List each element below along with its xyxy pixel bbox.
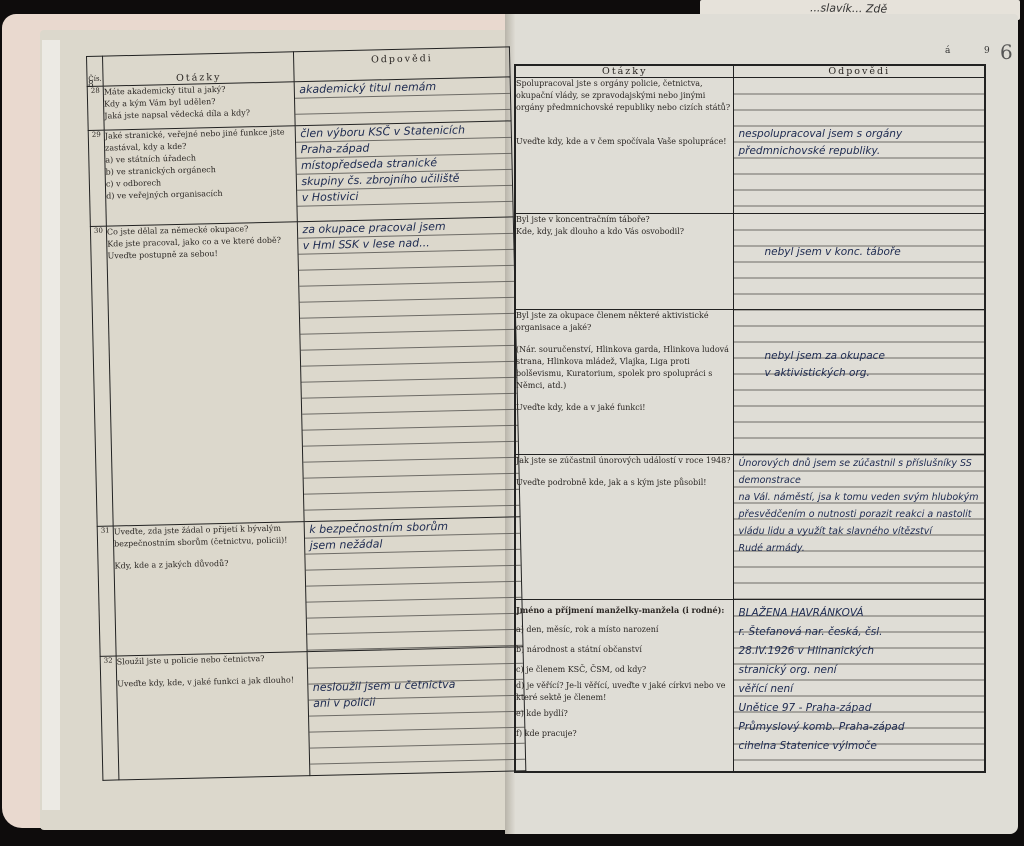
question-line: d) je věřící? Je-li věřící, uveďte v jak… [516,680,733,704]
questions-col-header: Otázky [102,52,294,86]
question-text: Jméno a příjmení manželky-manžela (i rod… [515,600,734,772]
question-text: Co jste dělal za německé okupace? Kde js… [106,222,304,526]
question-row-32: 32 Sloužil jste u policie nebo četnictva… [100,647,526,781]
answer-field[interactable]: akademický titul nemám [295,77,511,126]
question-line: Jak jste se zúčastnil únorových událostí… [516,455,733,467]
question-row-collaboration: Spolupracoval jste s orgány policie, čet… [515,78,985,214]
question-row-31: 31 Uveďte, zda jste žádal o přijetí k bý… [97,517,523,657]
question-text: Sloužil jste u policie nebo četnictva? U… [116,652,310,780]
right-page-number: 9 [984,46,990,56]
question-text: Byl jste v koncentračním táboře? Kde, kd… [515,214,734,310]
question-line: e) kde bydlí? [516,704,733,724]
question-line: a) den, měsíc, rok a místo narození [516,620,733,640]
answer-field[interactable]: Únorových dnů jsem se zúčastnil s příslu… [734,455,985,600]
question-line: b) národnost a státní občanství [516,640,733,660]
question-line: Uveďte kdy, kde a v jaké funkci! [516,402,733,414]
question-text: Spolupracoval jste s orgány policie, čet… [515,78,734,214]
question-line: Kde, kdy, jak dlouho a kdo Vás osvobodil… [516,226,733,238]
handwritten-answer: nebyl jsem za okupace v aktivistických o… [734,310,984,382]
question-row-30: 30 Co jste dělal za německé okupace? Kde… [90,217,520,527]
question-row-activist-org: Byl jste za okupace členem některé aktiv… [515,310,985,455]
question-line: c) je členem KSČ, ČSM, od kdy? [516,660,733,680]
answer-field[interactable]: nesloužil jsem u četnictva ani v policii [308,647,526,776]
sheet-number: 6 [1000,40,1013,64]
num-col-header: Čís. [87,56,104,86]
question-line: Uveďte kdy, kde a v čem spočívala Vaše s… [516,136,733,148]
question-text: Byl jste za okupace členem některé aktiv… [515,310,734,455]
answers-col-header: Odpovědi [734,65,985,78]
question-line: Spolupracoval jste s orgány policie, čet… [516,78,733,114]
header-row: Otázky Odpovědi [515,65,985,78]
question-row-29: 29 Jaké stranické, veřejné nebo jiné fun… [88,121,513,227]
handwritten-answer: nesloužil jsem u četnictva ani v policii [308,647,524,712]
question-text: Jak jste se zúčastnil únorových událostí… [515,455,734,600]
answer-field[interactable]: nebyl jsem za okupace v aktivistických o… [734,310,985,455]
question-line: (Nár. souručenství, Hlinkova garda, Hlin… [516,344,733,392]
handwritten-answer: BLAŽENA HAVRÁNKOVÁ r. Štefanová nar. čes… [734,600,984,756]
handwritten-answer: akademický titul nemám [295,77,510,98]
question-line: Byl jste za okupace členem některé aktiv… [516,310,733,334]
question-text: Jaké stranické, veřejné nebo jiné funkce… [104,126,298,226]
answer-field[interactable]: nespolupracoval jsem s orgány předmnicho… [734,78,985,214]
question-text: Uveďte, zda jste žádal o přijetí k býval… [113,522,307,656]
page-edge [42,40,60,810]
question-line: Uveďte, zda jste žádal o přijetí k býval… [114,522,305,550]
question-line: Uveďte podrobně kde, jak a s kým jste pů… [516,477,733,489]
handwritten-answer: nespolupracoval jsem s orgány předmnicho… [734,78,984,160]
handwritten-answer: za okupace pracoval jsem v Hml SSK v les… [298,217,513,254]
question-line: Byl jste v koncentračním táboře? [516,214,733,226]
handwritten-answer: člen výboru KSČ v Statenicích Praha-zápa… [296,121,512,206]
answer-field[interactable]: BLAŽENA HAVRÁNKOVÁ r. Štefanová nar. čes… [734,600,985,772]
handwritten-answer: Únorových dnů jsem se zúčastnil s příslu… [734,455,984,557]
right-questionnaire-table: Otázky Odpovědi Spolupracoval jste s org… [514,64,986,773]
question-line: Jméno a příjmení manželky-manžela (i rod… [516,600,733,620]
answer-field[interactable]: k bezpečnostním sborům jsem nežádal [305,517,523,652]
top-scribble: ...slavík... Zdě [810,1,887,15]
handwritten-answer: k bezpečnostním sborům jsem nežádal [305,517,520,554]
answer-field[interactable]: za okupace pracoval jsem v Hml SSK v les… [298,217,520,522]
question-row-spouse: Jméno a příjmení manželky-manžela (i rod… [515,600,985,772]
question-line: f) kde pracuje? [516,724,733,744]
corner-mark: á [945,46,950,56]
questions-col-header: Otázky [515,65,734,78]
question-text: Máte akademický titul a jaký? Kdy a kým … [103,82,295,130]
answers-col-header: Odpovědi [294,47,510,82]
question-row-concentration-camp: Byl jste v koncentračním táboře? Kde, kd… [515,214,985,310]
left-questionnaire-table: Čís. Otázky Odpovědi 28 Máte akademický … [86,46,526,780]
answer-field[interactable]: člen výboru KSČ v Statenicích Praha-zápa… [296,121,514,222]
question-row-february-1948: Jak jste se zúčastnil únorových událostí… [515,455,985,600]
handwritten-answer: nebyl jsem v konc. táboře [734,214,984,261]
answer-field[interactable]: nebyl jsem v konc. táboře [734,214,985,310]
question-number: 28 [87,86,104,130]
